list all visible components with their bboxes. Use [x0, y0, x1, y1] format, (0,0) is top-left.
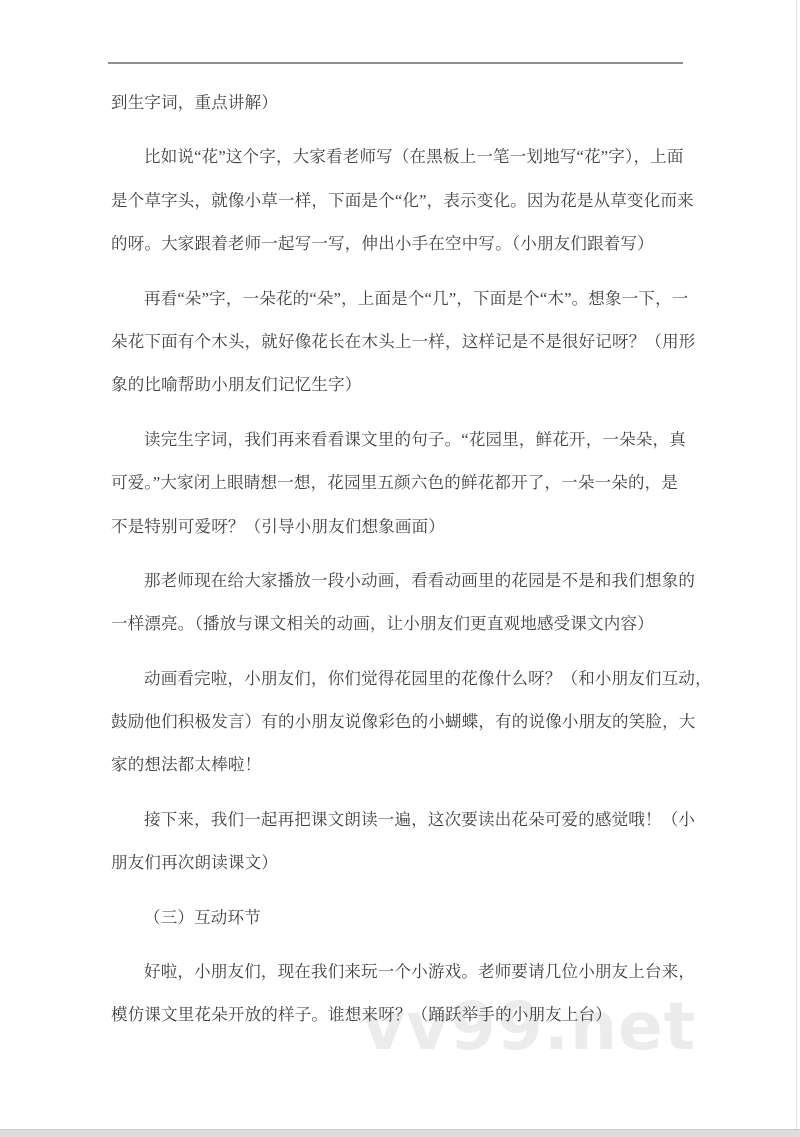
- text-line: 模仿课文里花朵开放的样子。谁想来呀？（踊跃举手的小朋友上台）: [111, 993, 691, 1036]
- paragraph: 读完生字词，我们再来看看课文里的句子。“花园里，鲜花开，一朵朵，真 可爱。”大家…: [111, 418, 691, 548]
- paragraph: 好啦，小朋友们，现在我们来玩一个小游戏。老师要请几位小朋友上台来， 模仿课文里花…: [111, 950, 691, 1037]
- text-line: 比如说“花”这个字，大家看老师写（在黑板上一笔一划地写“花”字），上面: [111, 135, 691, 178]
- text-line: 是个草字头，就像小草一样，下面是个“化”，表示变化。因为花是从草变化而来: [111, 179, 691, 222]
- page-right-edge: [796, 0, 797, 1130]
- document-page: vv99.net 到生字词，重点讲解） 比如说“花”这个字，大家看老师写（在黑板…: [0, 0, 800, 1137]
- text-line: 家的想法都太棒啦！: [111, 743, 691, 786]
- text-line: 读完生字词，我们再来看看课文里的句子。“花园里，鲜花开，一朵朵，真: [111, 418, 691, 461]
- text-line: 不是特别可爱呀？（引导小朋友们想象画面）: [111, 505, 691, 548]
- text-line: 朋友们再次朗读课文）: [111, 841, 691, 884]
- text-line: 可爱。”大家闭上眼睛想一想，花园里五颜六色的鲜花都开了，一朵一朵的，是: [111, 461, 691, 504]
- text-line: 到生字词，重点讲解）: [111, 81, 691, 124]
- text-line: 一样漂亮。（播放与课文相关的动画，让小朋友们更直观地感受课文内容）: [111, 602, 691, 645]
- text-line: 那老师现在给大家播放一段小动画，看看动画里的花园是不是和我们想象的: [111, 559, 691, 602]
- paragraph: 再看“朵”字，一朵花的“朵”，上面是个“几”，下面是个“木”。想象一下，一 朵花…: [111, 277, 691, 407]
- text-line: （三）互动环节: [111, 896, 691, 939]
- text-line: 象的比喻帮助小朋友们记忆生字）: [111, 363, 691, 406]
- text-line: 的呀。大家跟着老师一起写一写，伸出小手在空中写。（小朋友们跟着写）: [111, 222, 691, 265]
- text-line: 好啦，小朋友们，现在我们来玩一个小游戏。老师要请几位小朋友上台来，: [111, 950, 691, 993]
- paragraph-continuation: 到生字词，重点讲解）: [111, 81, 691, 124]
- text-line: 接下来，我们一起再把课文朗读一遍，这次要读出花朵可爱的感觉哦！（小: [111, 798, 691, 841]
- text-line: 朵花下面有个木头，就好像花长在木头上一样，这样记是不是很好记呀？（用形: [111, 320, 691, 363]
- paragraph: 动画看完啦，小朋友们，你们觉得花园里的花像什么呀？（和小朋友们互动， 鼓励他们积…: [111, 657, 691, 787]
- text-line: 鼓励他们积极发言）有的小朋友说像彩色的小蝴蝶，有的说像小朋友的笑脸，大: [111, 700, 691, 743]
- section-heading: （三）互动环节: [111, 896, 691, 939]
- paragraph: 那老师现在给大家播放一段小动画，看看动画里的花园是不是和我们想象的 一样漂亮。（…: [111, 559, 691, 646]
- paragraph: 比如说“花”这个字，大家看老师写（在黑板上一笔一划地写“花”字），上面 是个草字…: [111, 135, 691, 265]
- page-bottom-edge: [0, 1129, 800, 1137]
- text-line: 再看“朵”字，一朵花的“朵”，上面是个“几”，下面是个“木”。想象一下，一: [111, 277, 691, 320]
- paragraph: 接下来，我们一起再把课文朗读一遍，这次要读出花朵可爱的感觉哦！（小 朋友们再次朗…: [111, 798, 691, 885]
- page-top-rule: [108, 62, 683, 64]
- document-body: 到生字词，重点讲解） 比如说“花”这个字，大家看老师写（在黑板上一笔一划地写“花…: [111, 81, 691, 1048]
- text-line: 动画看完啦，小朋友们，你们觉得花园里的花像什么呀？（和小朋友们互动，: [111, 657, 691, 700]
